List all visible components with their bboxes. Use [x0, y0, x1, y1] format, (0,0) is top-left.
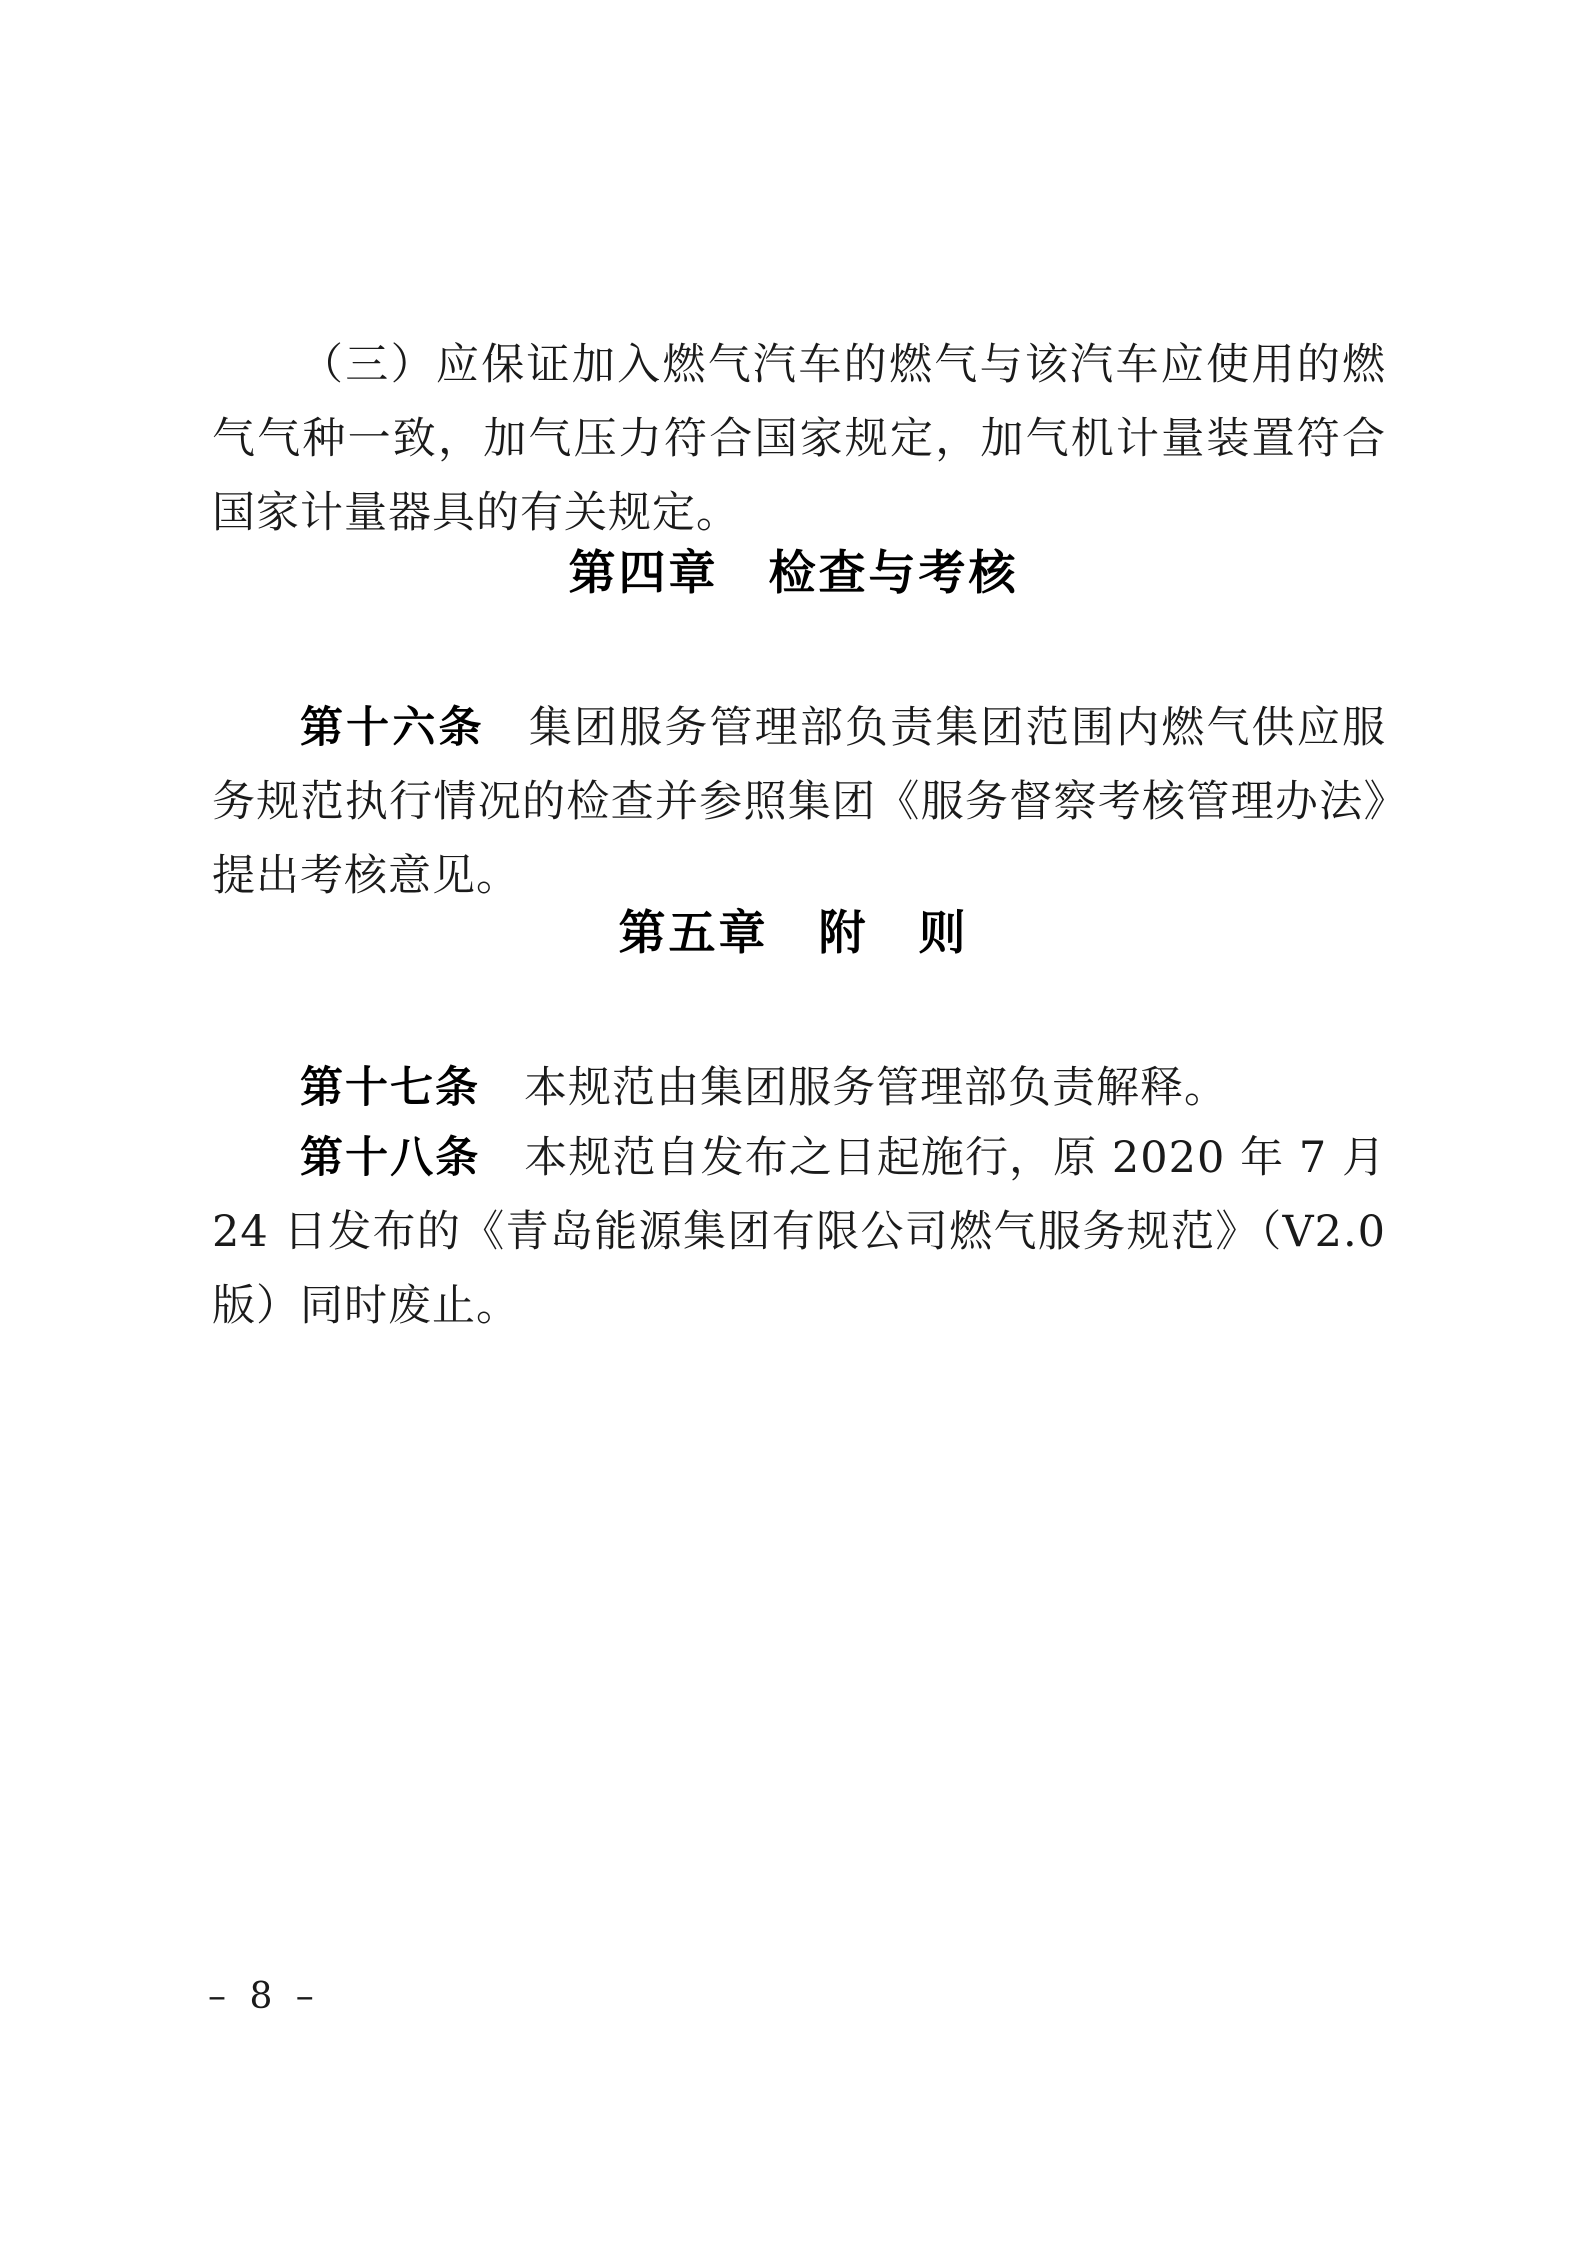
document-page: （三）应保证加入燃气汽车的燃气与该汽车应使用的燃气气种一致，加气压力符合国家规定…	[0, 0, 1587, 2245]
article-17-paragraph: 第十七条本规范由集团服务管理部负责解释。	[212, 1051, 1386, 1125]
article-18-label: 第十八条	[300, 1133, 480, 1183]
article-18-paragraph: 第十八条本规范自发布之日起施行，原 2020 年 7 月 24 日发布的《青岛能…	[212, 1121, 1386, 1343]
article-17-label: 第十七条	[300, 1063, 480, 1113]
article-16-label: 第十六条	[300, 703, 485, 753]
paragraph-clause-3: （三）应保证加入燃气汽车的燃气与该汽车应使用的燃气气种一致，加气压力符合国家规定…	[212, 328, 1386, 550]
article-17-text: 本规范由集团服务管理部负责解释。	[524, 1063, 1228, 1113]
chapter-4-heading: 第四章 检查与考核	[0, 537, 1587, 611]
chapter-5-heading: 第五章 附 则	[0, 897, 1587, 971]
article-16-paragraph: 第十六条集团服务管理部负责集团范围内燃气供应服务规范执行情况的检查并参照集团《服…	[212, 691, 1386, 913]
page-number: – 8 –	[208, 1975, 320, 2019]
